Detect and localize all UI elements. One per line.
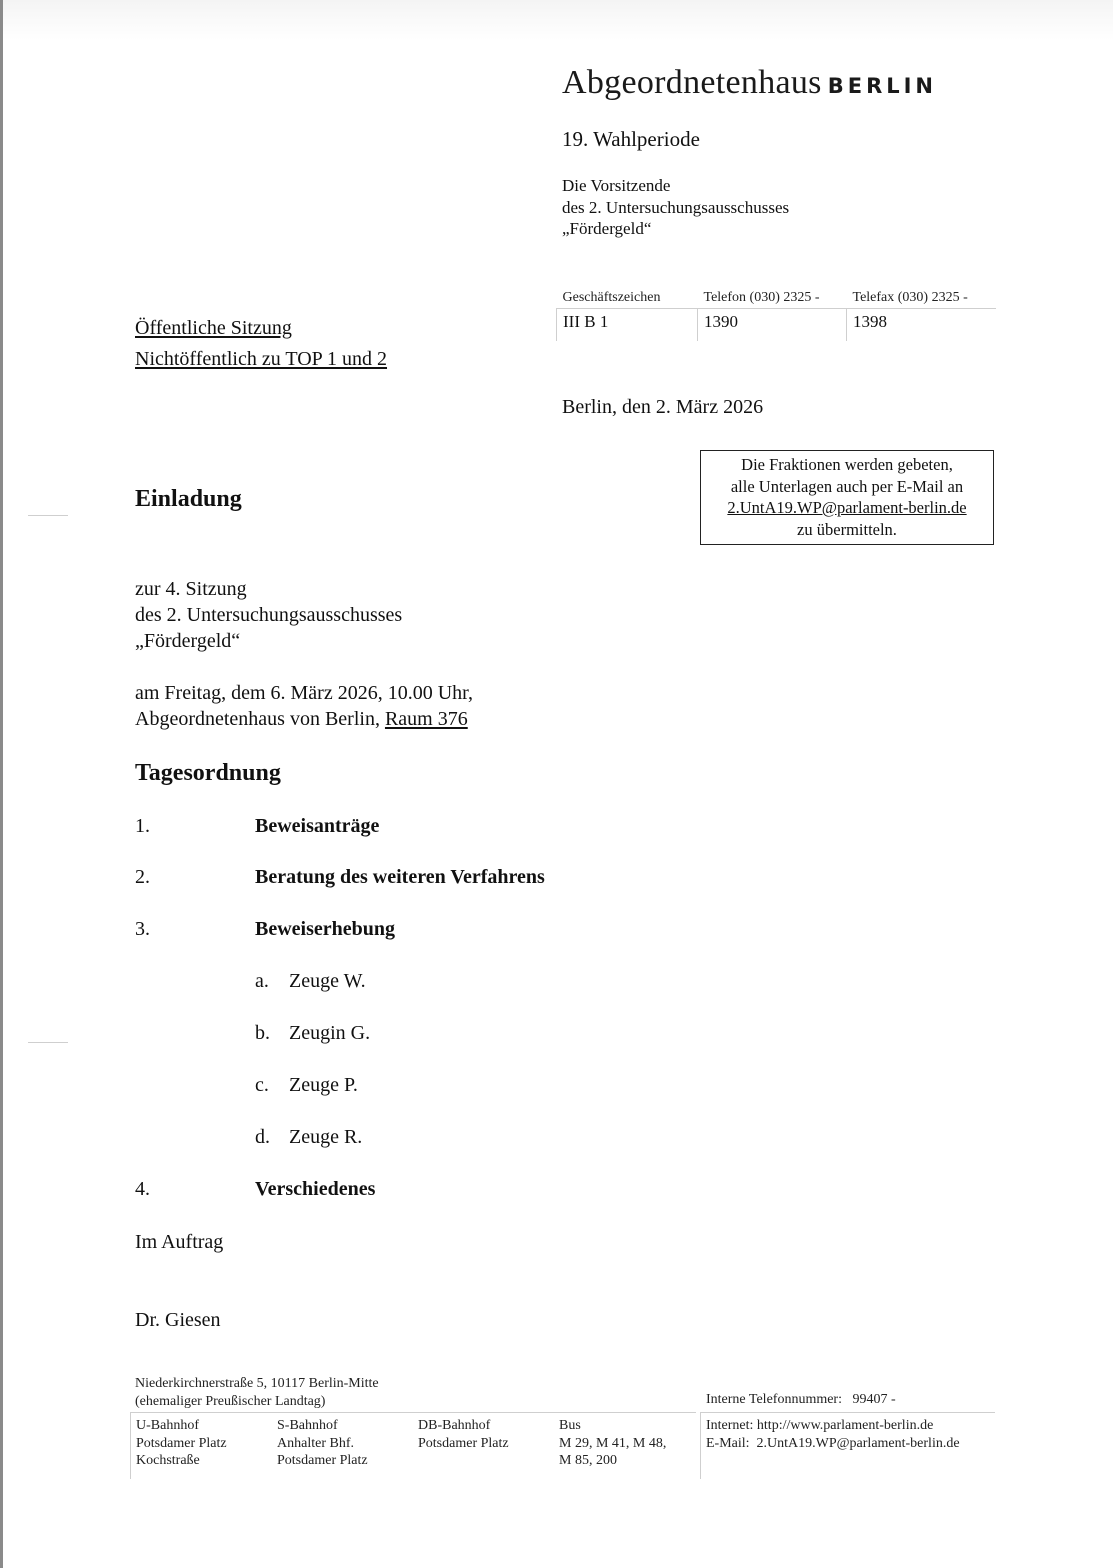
header-geschaeftszeichen: Geschäftszeichen	[557, 288, 698, 309]
value-telefon: 1390	[698, 309, 847, 342]
value-telefax: 1398	[847, 309, 997, 342]
transport-column: Bus M 29, M 41, M 48, M 85, 200	[559, 1417, 666, 1470]
location-prefix: Abgeordnetenhaus von Berlin,	[135, 708, 385, 730]
agenda-item: 4.Verschiedenes	[135, 1178, 375, 1201]
reference-table: Geschäftszeichen Telefon (030) 2325 - Te…	[556, 288, 996, 341]
fold-mark	[28, 515, 68, 516]
intro-line: „Fördergeld“	[135, 628, 402, 654]
logo-accent: BERLIN	[828, 74, 937, 98]
wahlperiode: 19. Wahlperiode	[562, 127, 700, 152]
address-line: (ehemaliger Preußischer Landtag)	[135, 1393, 379, 1411]
internet-link[interactable]: Internet: http://www.parlament-berlin.de	[701, 1413, 995, 1435]
punch-mark	[28, 1042, 68, 1043]
status-public: Öffentliche Sitzung	[135, 313, 387, 344]
session-status: Öffentliche Sitzung Nichtöffentlich zu T…	[135, 313, 387, 375]
header-telefon: Telefon (030) 2325 -	[698, 288, 847, 309]
witness-item: b.Zeugin G.	[255, 1022, 370, 1045]
witness-name: Zeuge R.	[289, 1126, 362, 1148]
room-link[interactable]: Raum 376	[385, 708, 468, 730]
transport-label: S-Bahnhof	[277, 1417, 368, 1435]
agenda-number: 3.	[135, 918, 255, 941]
transport-stop: Kochstraße	[136, 1452, 227, 1470]
agenda-number: 4.	[135, 1178, 255, 1201]
internal-phone: Interne Telefonnummer: 99407 -	[706, 1392, 896, 1408]
notice-line: Die Fraktionen werden gebeten,	[701, 454, 993, 476]
agenda-item: 1.Beweisanträge	[135, 815, 379, 838]
notice-email-link[interactable]: 2.UntA19.WP@parlament-berlin.de	[701, 497, 993, 519]
logo-main: Abgeordnetenhaus	[562, 64, 822, 101]
transport-column: U-Bahnhof Potsdamer Platz Kochstraße	[136, 1417, 227, 1470]
witness-letter: a.	[255, 970, 289, 993]
agenda-heading: Tagesordnung	[135, 760, 281, 787]
witness-letter: c.	[255, 1074, 289, 1097]
document-title: Einladung	[135, 486, 242, 513]
agenda-number: 2.	[135, 866, 255, 889]
witness-letter: d.	[255, 1126, 289, 1149]
agenda-title: Beweiserhebung	[255, 918, 395, 940]
notice-line: zu übermitteln.	[701, 519, 993, 541]
intro-line: zur 4. Sitzung	[135, 576, 402, 602]
witness-item: a.Zeuge W.	[255, 970, 366, 993]
transport-stop: M 29, M 41, M 48,	[559, 1435, 666, 1453]
witness-item: c.Zeuge P.	[255, 1074, 358, 1097]
transport-stop: M 85, 200	[559, 1452, 666, 1470]
sender-line: Die Vorsitzende	[562, 175, 789, 197]
meeting-location: Abgeordnetenhaus von Berlin, Raum 376	[135, 706, 473, 732]
agenda-title: Beratung des weiteren Verfahrens	[255, 866, 545, 888]
agenda-number: 1.	[135, 815, 255, 838]
invitation-intro: zur 4. Sitzung des 2. Untersuchungsaussc…	[135, 576, 402, 654]
closing-phrase: Im Auftrag	[135, 1231, 223, 1254]
transport-stop: Potsdamer Platz	[277, 1452, 368, 1470]
transport-column: DB-Bahnhof Potsdamer Platz	[418, 1417, 509, 1452]
header-telefax: Telefax (030) 2325 -	[847, 288, 997, 309]
witness-item: d.Zeuge R.	[255, 1126, 362, 1149]
witness-name: Zeuge P.	[289, 1074, 358, 1096]
witness-name: Zeugin G.	[289, 1022, 370, 1044]
signer-name: Dr. Giesen	[135, 1309, 221, 1332]
notice-line: alle Unterlagen auch per E-Mail an	[701, 476, 993, 498]
contact-info: Internet: http://www.parlament-berlin.de…	[700, 1412, 995, 1479]
transport-label: DB-Bahnhof	[418, 1417, 509, 1435]
transport-label: Bus	[559, 1417, 666, 1435]
status-nonpublic: Nichtöffentlich zu TOP 1 und 2	[135, 344, 387, 375]
sender-block: Die Vorsitzende des 2. Untersuchungsauss…	[562, 175, 789, 240]
transport-stop: Anhalter Bhf.	[277, 1435, 368, 1453]
transport-stop: Potsdamer Platz	[136, 1435, 227, 1453]
sender-line: des 2. Untersuchungsausschusses	[562, 197, 789, 219]
page-left-edge	[0, 0, 3, 1568]
footer-address: Niederkirchnerstraße 5, 10117 Berlin-Mit…	[135, 1375, 379, 1410]
agenda-title: Verschiedenes	[255, 1178, 375, 1200]
witness-letter: b.	[255, 1022, 289, 1045]
witness-name: Zeuge W.	[289, 970, 366, 992]
agenda-item: 3.Beweiserhebung	[135, 918, 395, 941]
transport-stop: Potsdamer Platz	[418, 1435, 509, 1453]
notice-box: Die Fraktionen werden gebeten, alle Unte…	[700, 450, 994, 545]
agenda-title: Beweisanträge	[255, 815, 379, 837]
meeting-details: am Freitag, dem 6. März 2026, 10.00 Uhr,…	[135, 680, 473, 732]
intro-line: des 2. Untersuchungsausschusses	[135, 602, 402, 628]
value-geschaeftszeichen: III B 1	[557, 309, 698, 342]
email-link[interactable]: E-Mail: 2.UntA19.WP@parlament-berlin.de	[701, 1435, 995, 1453]
transport-column: S-Bahnhof Anhalter Bhf. Potsdamer Platz	[277, 1417, 368, 1470]
meeting-datetime: am Freitag, dem 6. März 2026, 10.00 Uhr,	[135, 680, 473, 706]
date-line: Berlin, den 2. März 2026	[562, 396, 763, 419]
agenda-item: 2.Beratung des weiteren Verfahrens	[135, 866, 545, 889]
sender-line: „Fördergeld“	[562, 218, 789, 240]
page-top-shade	[3, 0, 1113, 40]
letterhead-logo: AbgeordnetenhausBERLIN	[562, 64, 937, 102]
transport-info: U-Bahnhof Potsdamer Platz Kochstraße S-B…	[130, 1412, 696, 1479]
transport-label: U-Bahnhof	[136, 1417, 227, 1435]
address-line: Niederkirchnerstraße 5, 10117 Berlin-Mit…	[135, 1375, 379, 1393]
